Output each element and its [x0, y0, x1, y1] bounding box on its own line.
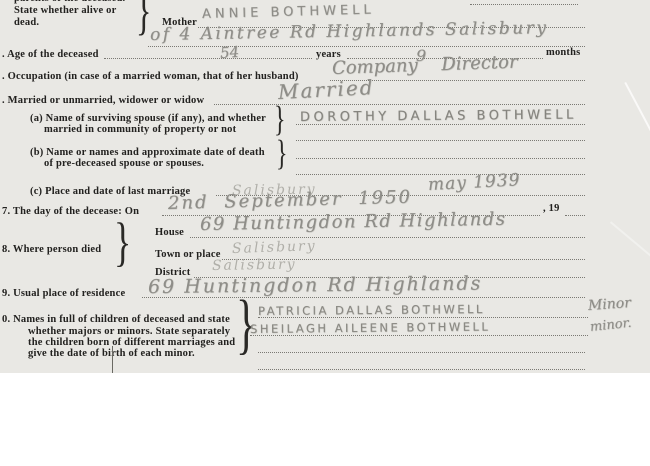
occupation-label: . Occupation (in case of a married woman… — [2, 71, 299, 82]
predeceased-label-line1: (b) Name or names and approximate date o… — [30, 147, 265, 158]
died-label: 8. Where person died — [2, 244, 101, 255]
handwriting-district: Salisbury — [212, 257, 297, 274]
residence-label: 9. Usual place of residence — [2, 288, 125, 299]
column-rule — [112, 346, 113, 373]
house-label: House — [155, 227, 184, 238]
age-label: . Age of the deceased — [2, 49, 99, 60]
handwriting-residence: 69 Huntingdon Rd Highlands — [148, 272, 483, 298]
months-label: months — [546, 47, 580, 58]
house-ruled-line — [190, 237, 585, 238]
predeceased-brace: } — [276, 136, 288, 172]
mother-ruled-line-2 — [148, 46, 585, 47]
decease-ruled-line-2 — [565, 215, 585, 216]
handwriting-child2-name: SHEILAGH AILEENE BOTHWELL — [250, 319, 490, 336]
children-ruled-line-3 — [258, 352, 585, 353]
predeceased-ruled-line — [296, 158, 585, 159]
spouse-label-line1: (a) Name of surviving spouse (if any), a… — [30, 113, 266, 124]
married-ruled-line — [214, 104, 585, 105]
scanned-form-page: parents of the deceased. State whether a… — [0, 0, 650, 373]
children-label-line3: the children born of different marriages… — [28, 337, 235, 348]
handwriting-married: Married — [277, 75, 375, 104]
death-notice-scan: parents of the deceased. State whether a… — [0, 0, 650, 466]
children-ruled-line-4 — [258, 369, 585, 370]
died-brace: } — [114, 215, 131, 269]
father-ruled-line — [470, 4, 578, 5]
handwriting-child2-status: minor. — [589, 316, 632, 335]
parents-block-clipped-line: parents of the deceased. — [14, 0, 125, 4]
handwriting-town: Salisbury — [232, 238, 317, 257]
marriage-label: (c) Place and date of last marriage — [30, 186, 190, 197]
parents-block-line1: State whether alive or — [14, 5, 116, 16]
handwriting-spouse-name: DOROTHY DALLAS BOTHWELL — [300, 108, 577, 125]
handwriting-child1-status: Minor — [587, 295, 631, 314]
married-label: . Married or unmarried, widower or widow — [2, 95, 204, 106]
predeceased-label-line2: of pre-deceased spouse or spouses. — [44, 158, 204, 169]
spouse-label-line2: married in community of property or not — [44, 124, 236, 135]
handwriting-marriage-date: may 1939 — [427, 170, 520, 195]
handwriting-decease-date: 2nd September 1950 — [168, 187, 413, 214]
spouse-brace: } — [274, 102, 286, 138]
age-ruled-line — [104, 58, 312, 59]
children-label-line2: whether majors or minors. State separate… — [28, 326, 230, 337]
scan-crease-2 — [610, 221, 650, 280]
handwriting-age-years: 54 — [219, 43, 239, 62]
children-label-line1: 0. Names in full of children of deceased… — [2, 314, 230, 325]
spouse-ruled-line-2 — [296, 140, 585, 141]
handwriting-mother-address: of 4 Aintree Rd Highlands Salisbury — [150, 18, 549, 45]
scan-crease — [624, 82, 650, 180]
parents-block-line2: dead. — [14, 17, 39, 28]
handwriting-mother-name: ANNIE BOTHWELL — [202, 2, 375, 22]
handwriting-child1-name: PATRICIA DALLAS BOTHWELL — [258, 302, 485, 318]
decease-printed-year: , 19 — [543, 203, 560, 214]
town-label: Town or place — [155, 249, 221, 260]
handwriting-house: 69 Huntingdon Rd Highlands — [200, 209, 507, 235]
